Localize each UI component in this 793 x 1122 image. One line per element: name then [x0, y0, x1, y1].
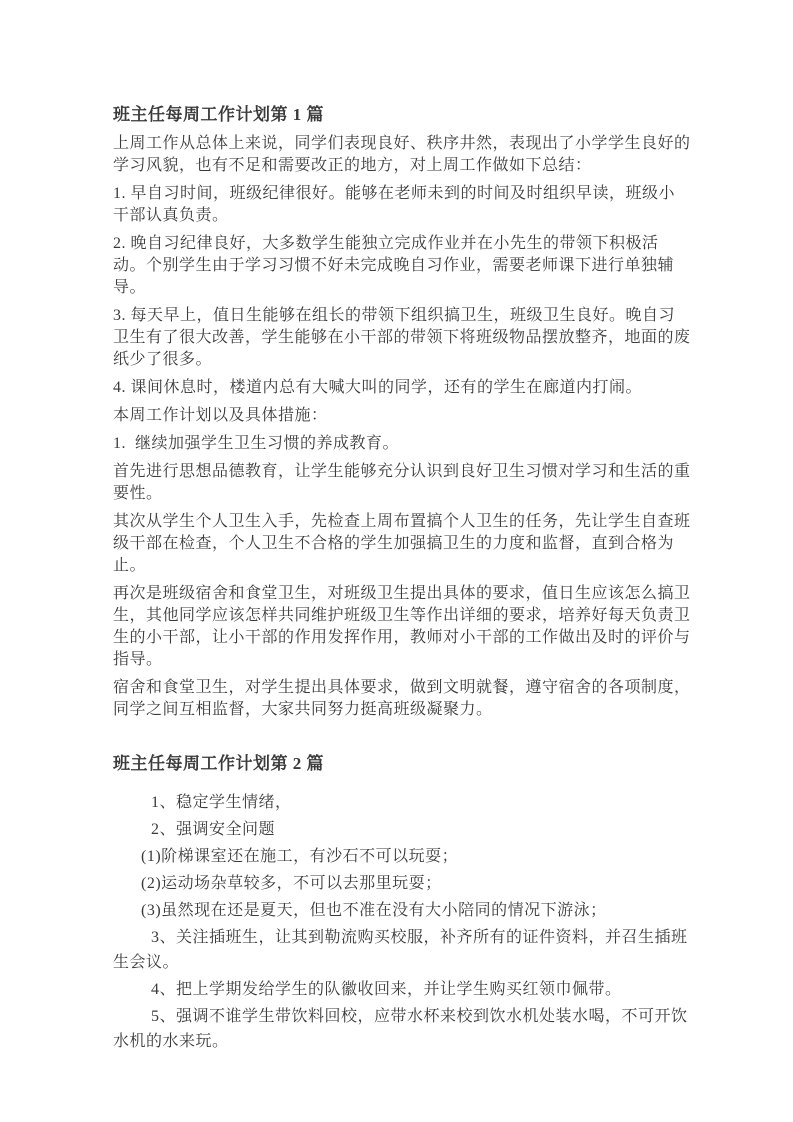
- paragraph: 本周工作计划以及具体措施：: [113, 405, 691, 427]
- paragraph: 3. 每天早上，值日生能够在组长的带领下组织搞卫生，班级卫生良好。晚自习卫生有了…: [113, 305, 691, 371]
- section-title: 班主任每周工作计划第 1 篇: [113, 104, 691, 126]
- paragraph: 2. 晚自习纪律良好，大多数学生能独立完成作业并在小先生的带领下积极活动。个别学…: [113, 233, 691, 299]
- section-title: 班主任每周工作计划第 2 篇: [113, 753, 691, 775]
- paragraph: 1. 早自习时间，班级纪律很好。能够在老师未到的时间及时组织早读，班级小干部认真…: [113, 183, 691, 227]
- document-content: 班主任每周工作计划第 1 篇 上周工作从总体上来说，同学们表现良好、秩序井然，表…: [113, 104, 691, 1056]
- paragraph: 2、强调安全问题: [113, 817, 691, 842]
- paragraph: 3、关注插班生，让其到勒流购买校服，补齐所有的证件资料，并召生插班生会议。: [113, 925, 691, 975]
- paragraph: 1、稳定学生情绪，: [113, 790, 691, 815]
- paragraph: 4. 课间休息时，楼道内总有大喊大叫的同学，还有的学生在廊道内打闹。: [113, 377, 691, 399]
- paragraph: 宿舍和食堂卫生，对学生提出具体要求，做到文明就餐，遵守宿舍的各项制度，同学之间互…: [113, 677, 691, 721]
- paragraph: (1)阶梯课室还在施工，有沙石不可以玩耍；: [113, 844, 691, 869]
- section-1: 班主任每周工作计划第 1 篇 上周工作从总体上来说，同学们表现良好、秩序井然，表…: [113, 104, 691, 721]
- paragraph: 其次从学生个人卫生入手，先检查上周布置搞个人卫生的任务，先让学生自查班级干部在检…: [113, 511, 691, 577]
- paragraph: 5、强调不谁学生带饮料回校，应带水杯来校到饮水机处装水喝，不可开饮水机的水来玩。: [113, 1004, 691, 1054]
- paragraph: 再次是班级宿舍和食堂卫生，对班级卫生提出具体的要求，值日生应该怎么搞卫生，其他同…: [113, 583, 691, 671]
- section-2: 班主任每周工作计划第 2 篇 1、稳定学生情绪， 2、强调安全问题 (1)阶梯课…: [113, 753, 691, 1054]
- paragraph: 1. 继续加强学生卫生习惯的养成教育。: [113, 433, 691, 455]
- paragraph: (2)运动场杂草较多，不可以去那里玩耍；: [113, 871, 691, 896]
- paragraph: 首先进行思想品德教育，让学生能够充分认识到良好卫生习惯对学习和生活的重要性。: [113, 461, 691, 505]
- document-page: 班主任每周工作计划第 1 篇 上周工作从总体上来说，同学们表现良好、秩序井然，表…: [0, 0, 793, 1122]
- paragraph: 4、把上学期发给学生的队徽收回来，并让学生购买红领巾佩带。: [113, 977, 691, 1002]
- paragraph: 上周工作从总体上来说，同学们表现良好、秩序井然，表现出了小学学生良好的学习风貌，…: [113, 133, 691, 177]
- paragraph: (3)虽然现在还是夏天，但也不准在没有大小陪同的情况下游泳；: [113, 898, 691, 923]
